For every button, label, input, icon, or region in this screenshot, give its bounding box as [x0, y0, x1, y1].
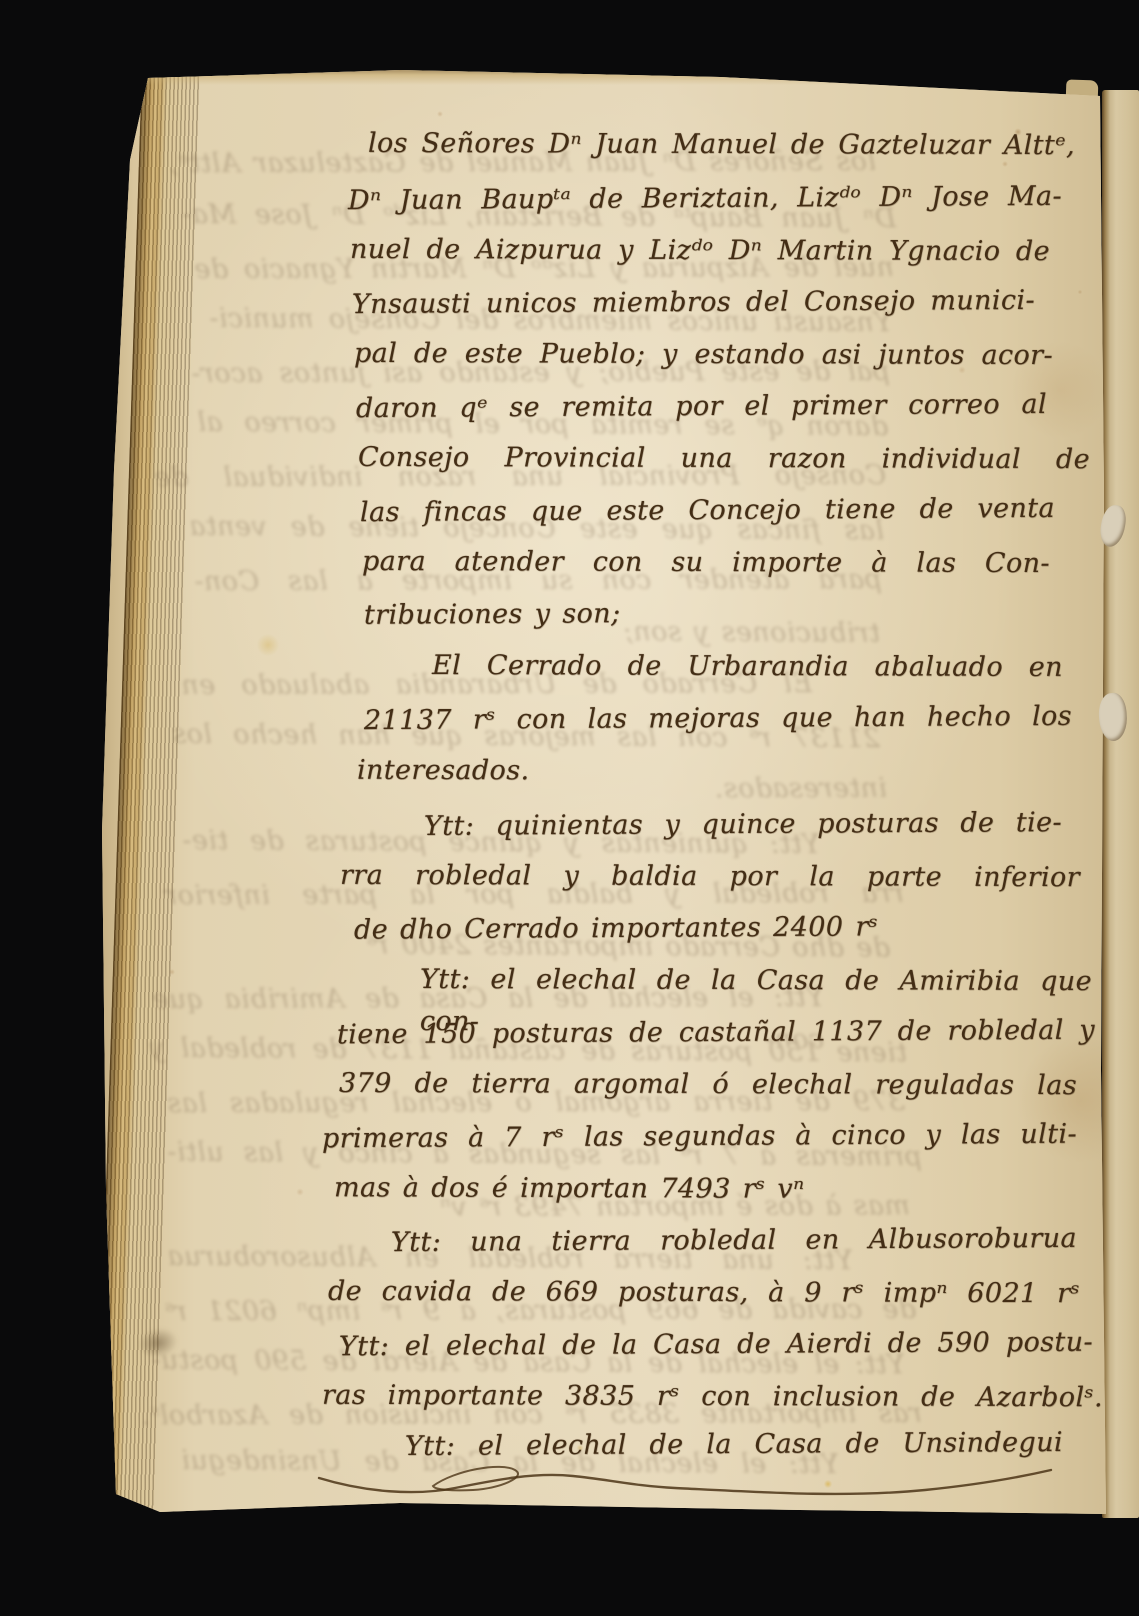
manuscript-line: 379 de tierra argomal ó elechal regulada… — [339, 1063, 1077, 1107]
manuscript-line: daron qᵉ se remita por el primer correo … — [356, 384, 1047, 430]
manuscript-line: interesados. — [357, 750, 530, 793]
manuscript-line: de cavida de 669 posturas, à 9 rˢ impⁿ 6… — [328, 1271, 1080, 1315]
manuscript-line: rra robledal y baldia por la parte infer… — [340, 855, 1080, 899]
scan-background: los Señores Dⁿ Juan Manuel de Gazteluzar… — [0, 0, 1139, 1616]
manuscript-line: ras importante 3835 rˢ con inclusion de … — [322, 1375, 1103, 1419]
manuscript-line: para atender con su importe à las Con- — [362, 541, 1050, 585]
manuscript-line: tiene 150 posturas de castañal 1137 de r… — [337, 1010, 1095, 1057]
manuscript-line: Consejo Provincial una razon individual … — [358, 437, 1090, 481]
manuscript-line: Ytt: el elechal de la Casa de Amiribia q… — [420, 959, 1092, 1003]
manuscript-line: mas à dos é importan 7493 rˢ vⁿ — [334, 1167, 805, 1210]
manuscript-line: Ytt: el elechal de la Casa de Aierdi de … — [339, 1322, 1093, 1369]
manuscript-line: pal de este Pueblo; y estando asi juntos… — [354, 333, 1053, 377]
manuscript-line: Ynsausti unicos miembros del Consejo mun… — [352, 280, 1035, 326]
manuscript-line: Ytt: una tierra robledal en Albusoroburu… — [391, 1218, 1077, 1264]
text-layer: los Señores Dⁿ Juan Manuel de Gazteluzar… — [100, 70, 1120, 1520]
next-page-edge — [1102, 90, 1139, 1518]
manuscript-line: las fincas que este Concejo tiene de ven… — [360, 488, 1055, 534]
manuscript-line: los Señores Dⁿ Juan Manuel de Gazteluzar… — [368, 123, 1075, 167]
manuscript-line: nuel de Aizpurua y Lizᵈᵒ Dⁿ Martin Ygnac… — [350, 229, 1050, 273]
manuscript-line: Ytt: quinientas y quince posturas de tie… — [424, 802, 1062, 848]
manuscript-page: los Señores Dⁿ Juan Manuel de Gazteluzar… — [100, 70, 1120, 1520]
manuscript-line: de dho Cerrado importantes 2400 rˢ — [354, 906, 878, 951]
flourish-rule — [305, 1452, 1065, 1508]
manuscript-line: tribuciones y son; — [364, 593, 621, 637]
manuscript-line: Dⁿ Juan Baupᵗᵃ de Beriztain, Lizᵈᵒ Dⁿ Jo… — [348, 176, 1062, 222]
manuscript-line: El Cerrado de Urbarandia abaluado en — [432, 645, 1063, 689]
manuscript-line: primeras à 7 rˢ las segundas à cinco y l… — [322, 1114, 1077, 1161]
manuscript-line: 21137 rˢ con las mejoras que han hecho l… — [364, 696, 1072, 742]
